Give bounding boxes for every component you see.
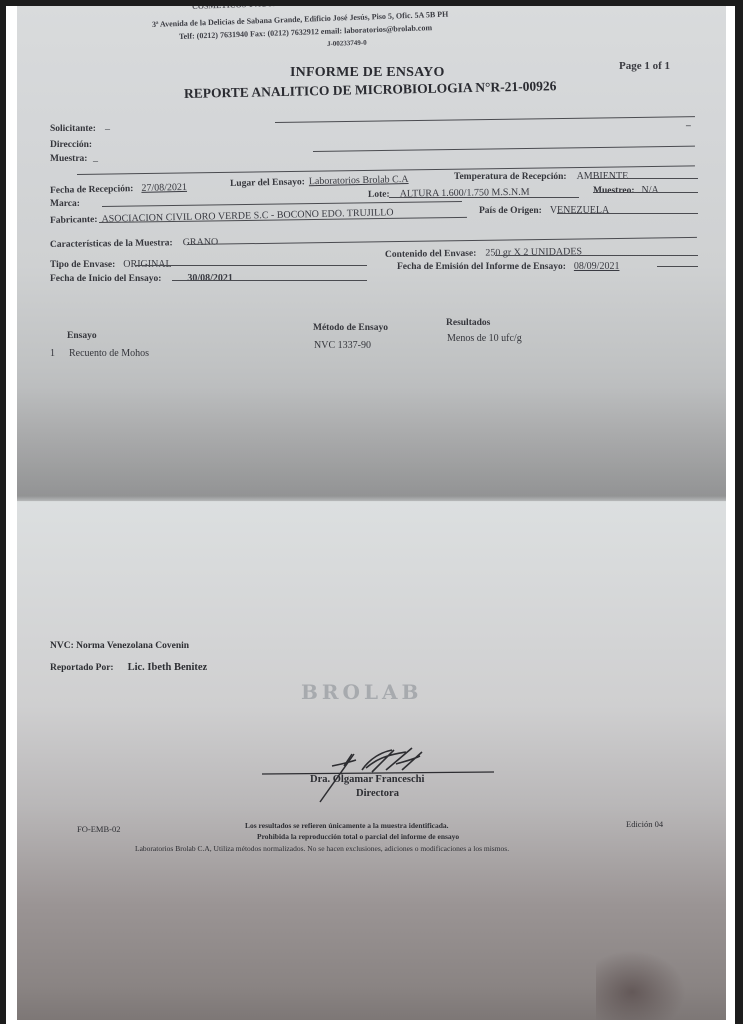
fecha-recepcion-value: 27/08/2021	[141, 182, 187, 194]
letterhead-company: COSMETICOS Y AGUAS	[192, 6, 283, 11]
edition: Edición 04	[626, 819, 663, 829]
letterhead-rif: J-00233749-0	[327, 39, 367, 48]
rule-line	[389, 197, 579, 198]
page-indicator: Page 1 of 1	[619, 60, 670, 72]
reportado-value: Lic. Ibeth Benitez	[128, 662, 208, 673]
row-resultado: Menos de 10 ufc/g	[447, 333, 522, 344]
muestreo-label: Muestreo:	[593, 186, 635, 196]
lote-label: Lote:	[368, 190, 390, 200]
rule-line	[590, 178, 698, 179]
report-title: INFORME DE ENSAYO	[290, 65, 445, 81]
solicitante-value: _	[105, 120, 110, 131]
pais-origen-field: País de Origen: VENEZUELA	[479, 200, 609, 218]
signatory-role: Directora	[356, 788, 399, 799]
row-metodo: NVC 1337-90	[314, 340, 371, 351]
muestra-value: _	[93, 152, 98, 163]
rule-line	[172, 280, 367, 281]
rule-line	[593, 192, 698, 193]
fecha-inicio-label: Fecha de Inicio del Ensayo:	[50, 274, 161, 284]
muestra-label: Muestra:	[50, 154, 87, 164]
lugar-ensayo-label: Lugar del Ensayo:	[230, 177, 305, 189]
footer-line-1: Los resultados se refieren únicamente a …	[245, 821, 449, 830]
rule-line	[313, 146, 695, 152]
muestreo-field: Muestreo: N/A	[593, 180, 659, 198]
signatory-name: Dra. Olgamar Franceschi	[310, 774, 424, 785]
row-ensayo: Recuento de Mohos	[69, 348, 149, 359]
rule-line	[557, 213, 698, 214]
fecha-recepcion-field: Fecha de Recepción: 27/08/2021	[50, 177, 187, 198]
caracteristicas-value: GRANO	[183, 237, 219, 248]
pais-origen-label: País de Origen:	[479, 206, 542, 216]
temperatura-label: Temperatura de Recepción:	[454, 172, 567, 182]
rule-line	[135, 265, 367, 266]
fecha-recepcion-label: Fecha de Recepción:	[50, 184, 134, 196]
rule-line	[657, 266, 698, 267]
report-page: COSMETICOS Y AGUAS 3ª Avenida de la Deli…	[17, 6, 726, 1020]
report-subtitle: REPORTE ANALITICO DE MICROBIOLOGIA N°R-2…	[184, 78, 557, 102]
caracteristicas-label: Características de la Muestra:	[50, 238, 173, 250]
solicitante-tail: _	[686, 118, 691, 128]
fecha-emision-field: Fecha de Emisión del Informe de Ensayo: …	[397, 256, 619, 274]
direccion-label: Dirección:	[50, 140, 92, 150]
rule-line	[275, 116, 695, 123]
fecha-inicio-field: Fecha de Inicio del Ensayo: 30/08/2021	[50, 268, 233, 286]
fecha-emision-label: Fecha de Emisión del Informe de Ensayo:	[397, 262, 566, 272]
brolab-stamp: BROLAB	[301, 680, 422, 704]
col-header-metodo: Método de Ensayo	[313, 323, 388, 333]
reportado-label: Reportado Por:	[50, 663, 114, 673]
marca-label: Marca:	[50, 199, 80, 209]
footer-line-3: Laboratorios Brolab C.A, Utiliza métodos…	[135, 844, 509, 853]
nvc-note: NVC: Norma Venezolana Covenin	[50, 641, 189, 651]
pais-origen-value: VENEZUELA	[550, 205, 609, 216]
caracteristicas-field: Características de la Muestra: GRANO	[50, 232, 218, 252]
fecha-inicio-value: 30/08/2021	[187, 273, 233, 284]
fecha-emision-value: 08/09/2021	[574, 261, 620, 272]
row-number: 1	[50, 348, 55, 359]
form-code: FO-EMB-02	[77, 824, 120, 834]
col-header-ensayo: Ensayo	[67, 331, 97, 341]
fold-shadow	[17, 386, 726, 501]
col-header-resultados: Resultados	[446, 318, 490, 328]
solicitante-label: Solicitante:	[50, 124, 96, 134]
fabricante-label: Fabricante:	[50, 215, 98, 226]
lote-field: Lote: ALTURA 1.600/1.750 M.S.N.M	[368, 182, 530, 202]
footer-line-2: Prohibida la reproducción total o parcia…	[257, 832, 459, 841]
reportado-field: Reportado Por: Lic. Ibeth Benitez	[50, 657, 207, 675]
muestreo-value: N/A	[642, 185, 659, 196]
